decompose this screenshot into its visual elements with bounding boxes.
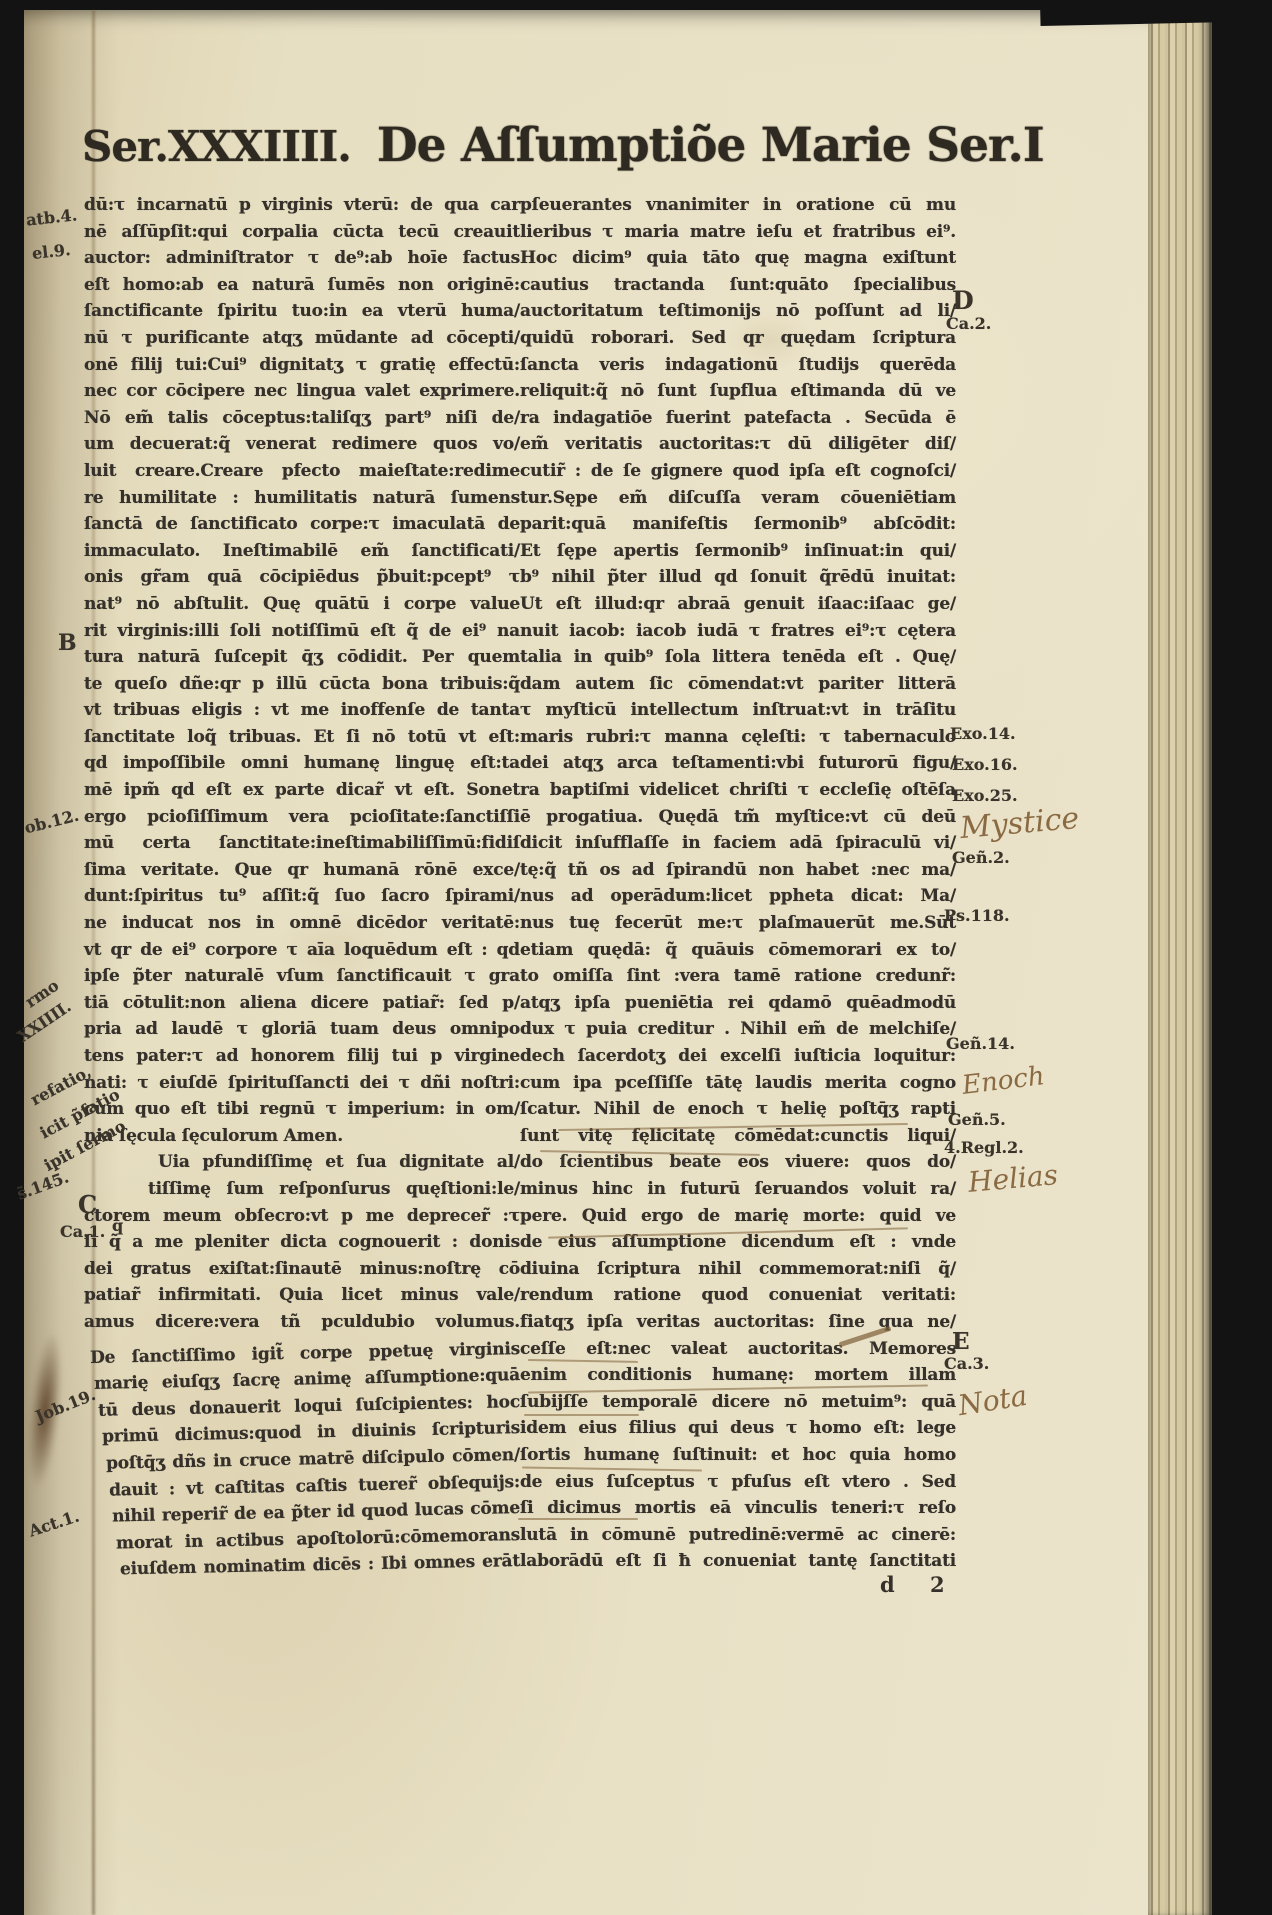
text-line: dech ſacerdotʒ dei excelſi iuſticia loqu… xyxy=(520,1043,956,1070)
text-line: ſortis humanę ſuſtinuit: et hoc quia hom… xyxy=(520,1442,956,1469)
text-line: vt qr de ei⁹ corpore τ aīa loquēdum eſt … xyxy=(84,937,520,964)
book-fore-edge xyxy=(1148,14,1212,1915)
text-line: parit:quā manifeſtis ſermonib⁹ abſcōdit: xyxy=(520,511,956,538)
text-line: luit creare.Creare pfecto maieſtate:redi… xyxy=(84,458,520,485)
text-line: nus tuę fecerūt me:τ plaſmauerūt me.Sūt xyxy=(520,910,956,937)
text-line: mē ipm̃ qd eſt ex parte dicar̃ vt eſt. S… xyxy=(84,777,520,804)
text-line: auctoritatum teſtimonijs nō poſſunt ad l… xyxy=(520,298,956,325)
text-line: ne inducat nos in omnē dicēdor veritatē: xyxy=(84,910,520,937)
ink-underline xyxy=(524,1414,639,1416)
text-line: atqʒ ipſa pueniētia rei qdamō quēadmodū xyxy=(520,990,956,1017)
margin-note: D xyxy=(952,286,974,315)
text-line: cum quo eſt tibi regnū τ imperium: in om… xyxy=(84,1096,520,1123)
text-line: nē aſſūpſit:qui corpalia cūcta tecū crea… xyxy=(84,219,520,246)
text-line: ra indagatiōe fuerint patefacta . Secūda… xyxy=(520,405,956,432)
text-line: quidū roborari. Sed qr quędam ſcriptura xyxy=(520,325,956,352)
margin-note: Exo.16. xyxy=(952,755,1018,774)
margin-note: Geñ.14. xyxy=(946,1034,1015,1053)
text-line: dei gratus exiſtat:ſinautē minus:noſtrę … xyxy=(84,1256,520,1283)
text-line: ergo pcioſiſſimum vera pcioſitate:ſancti… xyxy=(84,804,520,831)
margin-note: Exo.14. xyxy=(950,724,1016,743)
text-line: dei atqʒ arca teſtamenti:vbi futurorū fi… xyxy=(520,750,956,777)
text-line: idem eius filius qui deus τ homo eſt: le… xyxy=(520,1415,956,1442)
text-line: patiar̃ infirmitati. Quia licet minus va… xyxy=(84,1282,520,1309)
margin-note: Exo.25. xyxy=(952,786,1018,805)
ink-underline xyxy=(518,1518,638,1520)
text-line: ſancta veris indagationū ſtudijs querēda xyxy=(520,352,956,379)
text-line: ſcatur. Nihil de enoch τ helię poſtq̄ʒ r… xyxy=(520,1096,956,1123)
text-line: minus hinc in futurū ſeruandos voluit ra… xyxy=(520,1176,956,1203)
margin-note: Ps.118. xyxy=(944,906,1010,925)
text-line: ipſe p̃ter naturalē vſum ſanctificauit τ… xyxy=(84,963,520,990)
margin-note: Geñ.2. xyxy=(952,848,1010,867)
text-line: nus ad operādum:licet ppheta dicat: Ma/ xyxy=(520,883,956,910)
text-line: immaculato. Ineſtimabilē em̃ ſanctificat… xyxy=(84,538,520,565)
text-line: ē progatiua. Quędā tm̃ myſtice:vt cū deū xyxy=(520,804,956,831)
text-line: tens pater:τ ad honorem filij tui p virg… xyxy=(84,1043,520,1070)
text-line: ſima veritate. Que qr humanā rōnē exce/ xyxy=(84,857,520,884)
text-column-right: pſeuerantes vnanimiter in oratione cū mu… xyxy=(520,192,956,1575)
margin-note: B xyxy=(58,630,77,656)
text-line: ſanctitate loq̃ tribuas. Et ſi nō totū v… xyxy=(84,724,520,751)
text-line: eſt homo:ab ea naturā ſumēs non originē: xyxy=(84,272,520,299)
scan-corner-shadow xyxy=(1040,0,1272,26)
text-line: etiam quędā: q̃ quāuis cōmemorari ex to/ xyxy=(520,937,956,964)
text-line: Ut eſt illud:qr abraā genuit iſaac:iſaac… xyxy=(520,591,956,618)
text-line: ſubijſſe temporalē dicere nō metuim⁹: qu… xyxy=(520,1389,956,1416)
scanned-book-page: Ser.XXXIIII. De Aſſumptiõe Marie Ser.I d… xyxy=(0,0,1272,1915)
text-line: nec cor cōcipere nec lingua valet exprim… xyxy=(84,378,520,405)
text-line: nat⁹ nō abſtulit. Quę quātū i corpe valu… xyxy=(84,591,520,618)
text-line: pria ad laudē τ gloriā tuam deus omnipo xyxy=(84,1016,520,1043)
text-line: nū τ purificante atqʒ mūdante ad cōcepti… xyxy=(84,325,520,352)
text-line: ſanctā de ſanctificato corpe:τ imaculatā… xyxy=(84,511,520,538)
text-line: diuina ſcriptura nihil commemorat:niſi q… xyxy=(520,1256,956,1283)
text-line: rendum ratione quod conueniat veritati: xyxy=(520,1282,956,1309)
running-header-sermon-number: Ser.XXXIIII. xyxy=(82,122,351,171)
text-line: rit virginis:illi ſoli notiſſimū eſt q̃ … xyxy=(84,618,520,645)
text-line: pſeuerantes vnanimiter in oratione cū mu xyxy=(520,192,956,219)
margin-note: C xyxy=(78,1190,97,1219)
text-line: τ myſticū intellectum inſtruat:vt in trā… xyxy=(520,697,956,724)
text-line: cautius tractanda ſunt:quāto ſpecialibus xyxy=(520,272,956,299)
text-line: mū certa ſanctitate:ineſtimabiliſſimū:fi… xyxy=(84,830,520,857)
text-line: cum ipa pceſſiſſe tātę laudis merita cog… xyxy=(520,1070,956,1097)
text-line: te queſo dñe:qr p illū cūcta bona tribui… xyxy=(84,671,520,698)
text-line: re humilitate : humilitatis naturā ſumen… xyxy=(84,485,520,512)
text-line: nuit iacob: iacob iudā τ fratres ei⁹:τ c… xyxy=(520,618,956,645)
text-line: vt tribuas eligis : vt me inoffenſe de t… xyxy=(84,697,520,724)
text-line: lieribus τ maria matre ieſu et fratribus… xyxy=(520,219,956,246)
text-line: tiā cōtulit:non aliena dicere patiar̃: ſ… xyxy=(84,990,520,1017)
margin-note: 4.Regl.2. xyxy=(944,1138,1024,1157)
text-line: Hoc dicim⁹ quia tāto quę magna exiſtunt xyxy=(520,245,956,272)
text-line: onē filij tui:Cui⁹ dignitatʒ τ gratię ef… xyxy=(84,352,520,379)
text-line: tę:q̃ tñ os ad ſpirandū non habet :nec m… xyxy=(520,857,956,884)
text-line: Et ſępe apertis ſermonib⁹ inſinuat:in qu… xyxy=(520,538,956,565)
text-line: maris rubri:τ manna cęleſti: τ tabernacu… xyxy=(520,724,956,751)
margin-note: Ca.1. xyxy=(60,1222,105,1241)
text-line: ctorem meum obſecro:vt p me deprecer̃ :τ xyxy=(84,1203,520,1230)
text-line: de eius ſuſceptus τ pfuſus eſt vtero . S… xyxy=(520,1469,956,1496)
text-line: reliquit:q̃ nō ſunt ſupflua eſtimanda dū… xyxy=(520,378,956,405)
text-line: fiatqʒ ipſa veritas auctoritas: ſine qua… xyxy=(520,1309,956,1336)
text-line: ra baptiſmi videlicet chriſti τ eccleſię… xyxy=(520,777,956,804)
margin-note: Ca.2. xyxy=(946,314,991,333)
text-line: ceſſe eſt:nec valeat auctoritas. Memores xyxy=(520,1336,956,1363)
text-line: b⁹ nihil p̃ter illud qd ſonuit q̃rēdū in… xyxy=(520,564,956,591)
margin-note: Ca.3. xyxy=(944,1354,989,1373)
text-line: laborādū eſt ſi ħ conueniat tantę ſancti… xyxy=(520,1548,956,1575)
text-line: Uia pfundiſſimę et ſua dignitate al/ xyxy=(84,1149,520,1176)
text-line: nia ſęcula ſęculorum Amen. xyxy=(84,1123,520,1150)
text-line: dū:τ incarnatū p virginis vterū: de qua … xyxy=(84,192,520,219)
margin-note: q xyxy=(112,1216,123,1235)
signature-mark: d 2 xyxy=(880,1572,959,1597)
text-line: dam autem ſic cōmendat:vt pariter litter… xyxy=(520,671,956,698)
text-line: ſi q̃ a me pleniter dicta cognouerit : d… xyxy=(84,1229,520,1256)
text-line: dux τ puia creditur . Nihil em̃ de melch… xyxy=(520,1016,956,1043)
text-line: dunt:ſpiritus tu⁹ aſſit:q̃ ſuo ſacro ſpi… xyxy=(84,883,520,910)
text-line: qd impoſſibile omni humanę linguę eſt:ta xyxy=(84,750,520,777)
text-line: tur.Sępe em̃ diſcuſſa veram cōueniētiam xyxy=(520,485,956,512)
margin-note: Geñ.5. xyxy=(948,1110,1006,1129)
text-line: Nō em̃ talis cōceptus:taliſqʒ part⁹ niſi… xyxy=(84,405,520,432)
text-line: lutā in cōmunē putredinē:vermē ac cinerē… xyxy=(520,1522,956,1549)
text-line: nati: τ eiuſdē ſpirituſſancti dei τ dñi … xyxy=(84,1070,520,1097)
margin-note: E xyxy=(952,1328,970,1355)
text-line: onis gr̃am quā cōcipiēdus p̃buit:pcept⁹ … xyxy=(84,564,520,591)
text-line: um decuerat:q̃ venerat redimere quos vo/ xyxy=(84,431,520,458)
running-header: Ser.XXXIIII. De Aſſumptiõe Marie Ser.I xyxy=(82,118,1144,173)
text-line: auctor: adminiſtrator τ de⁹:ab hoīe fact… xyxy=(84,245,520,272)
text-line: amus dicere:vera tñ pculdubio volumus. xyxy=(84,1309,520,1336)
text-line: to omiſſa ſint :vera tamē ratione credun… xyxy=(520,963,956,990)
text-line: cutir̃ : de ſe gignere quod ipſa eſt cog… xyxy=(520,458,956,485)
margin-note: el.9. xyxy=(31,240,71,263)
text-line: em̃ veritatis auctoritas:τ dū diligēter … xyxy=(520,431,956,458)
text-line: talia in quib⁹ ſola littera tenēda eſt .… xyxy=(520,644,956,671)
text-line: dicit inſufflaſſe in faciem adā ſpiracul… xyxy=(520,830,956,857)
text-line: ſanctificante ſpiritu tuo:in ea vterū hu… xyxy=(84,298,520,325)
running-header-title: De Aſſumptiõe Marie Ser.I xyxy=(377,118,1044,173)
text-line: pere. Quid ergo de marię morte: quid ve xyxy=(520,1203,956,1230)
text-column-left: dū:τ incarnatū p virginis vterū: de qua … xyxy=(84,192,520,1575)
text-line: tiſſimę ſum reſponſurus quęſtioni:le/ xyxy=(84,1176,520,1203)
text-line: tura naturā ſuſcepit q̄ʒ cōdidit. Per qu… xyxy=(84,644,520,671)
